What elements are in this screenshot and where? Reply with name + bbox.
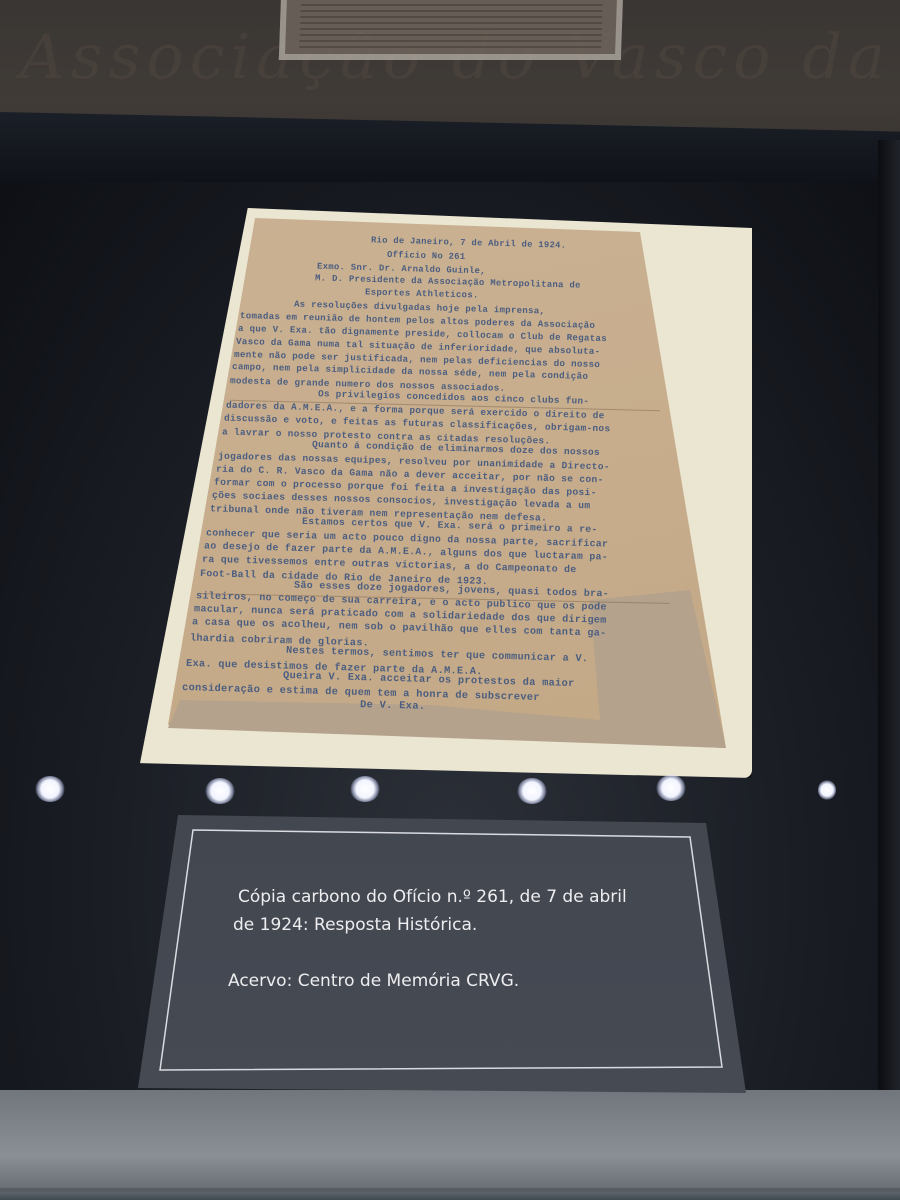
display-light — [205, 778, 235, 804]
display-light — [35, 776, 65, 802]
display-light — [818, 780, 836, 800]
reflected-framed-document — [279, 0, 623, 60]
display-light — [517, 778, 547, 804]
label-collection-credit: Acervo: Centro de Memória CRVG. — [228, 968, 519, 995]
case-front-panel — [0, 1090, 900, 1200]
letter-line: Officio No 261 — [387, 250, 466, 262]
letter-line: De V. Exa. — [360, 699, 426, 713]
display-case-side — [878, 140, 900, 1200]
label-title-line2: de 1924: Resposta Histórica. — [233, 912, 477, 939]
label-title-line1: Cópia carbono do Ofício n.º 261, de 7 de… — [238, 884, 627, 911]
display-light — [350, 776, 380, 802]
display-light — [656, 775, 686, 801]
